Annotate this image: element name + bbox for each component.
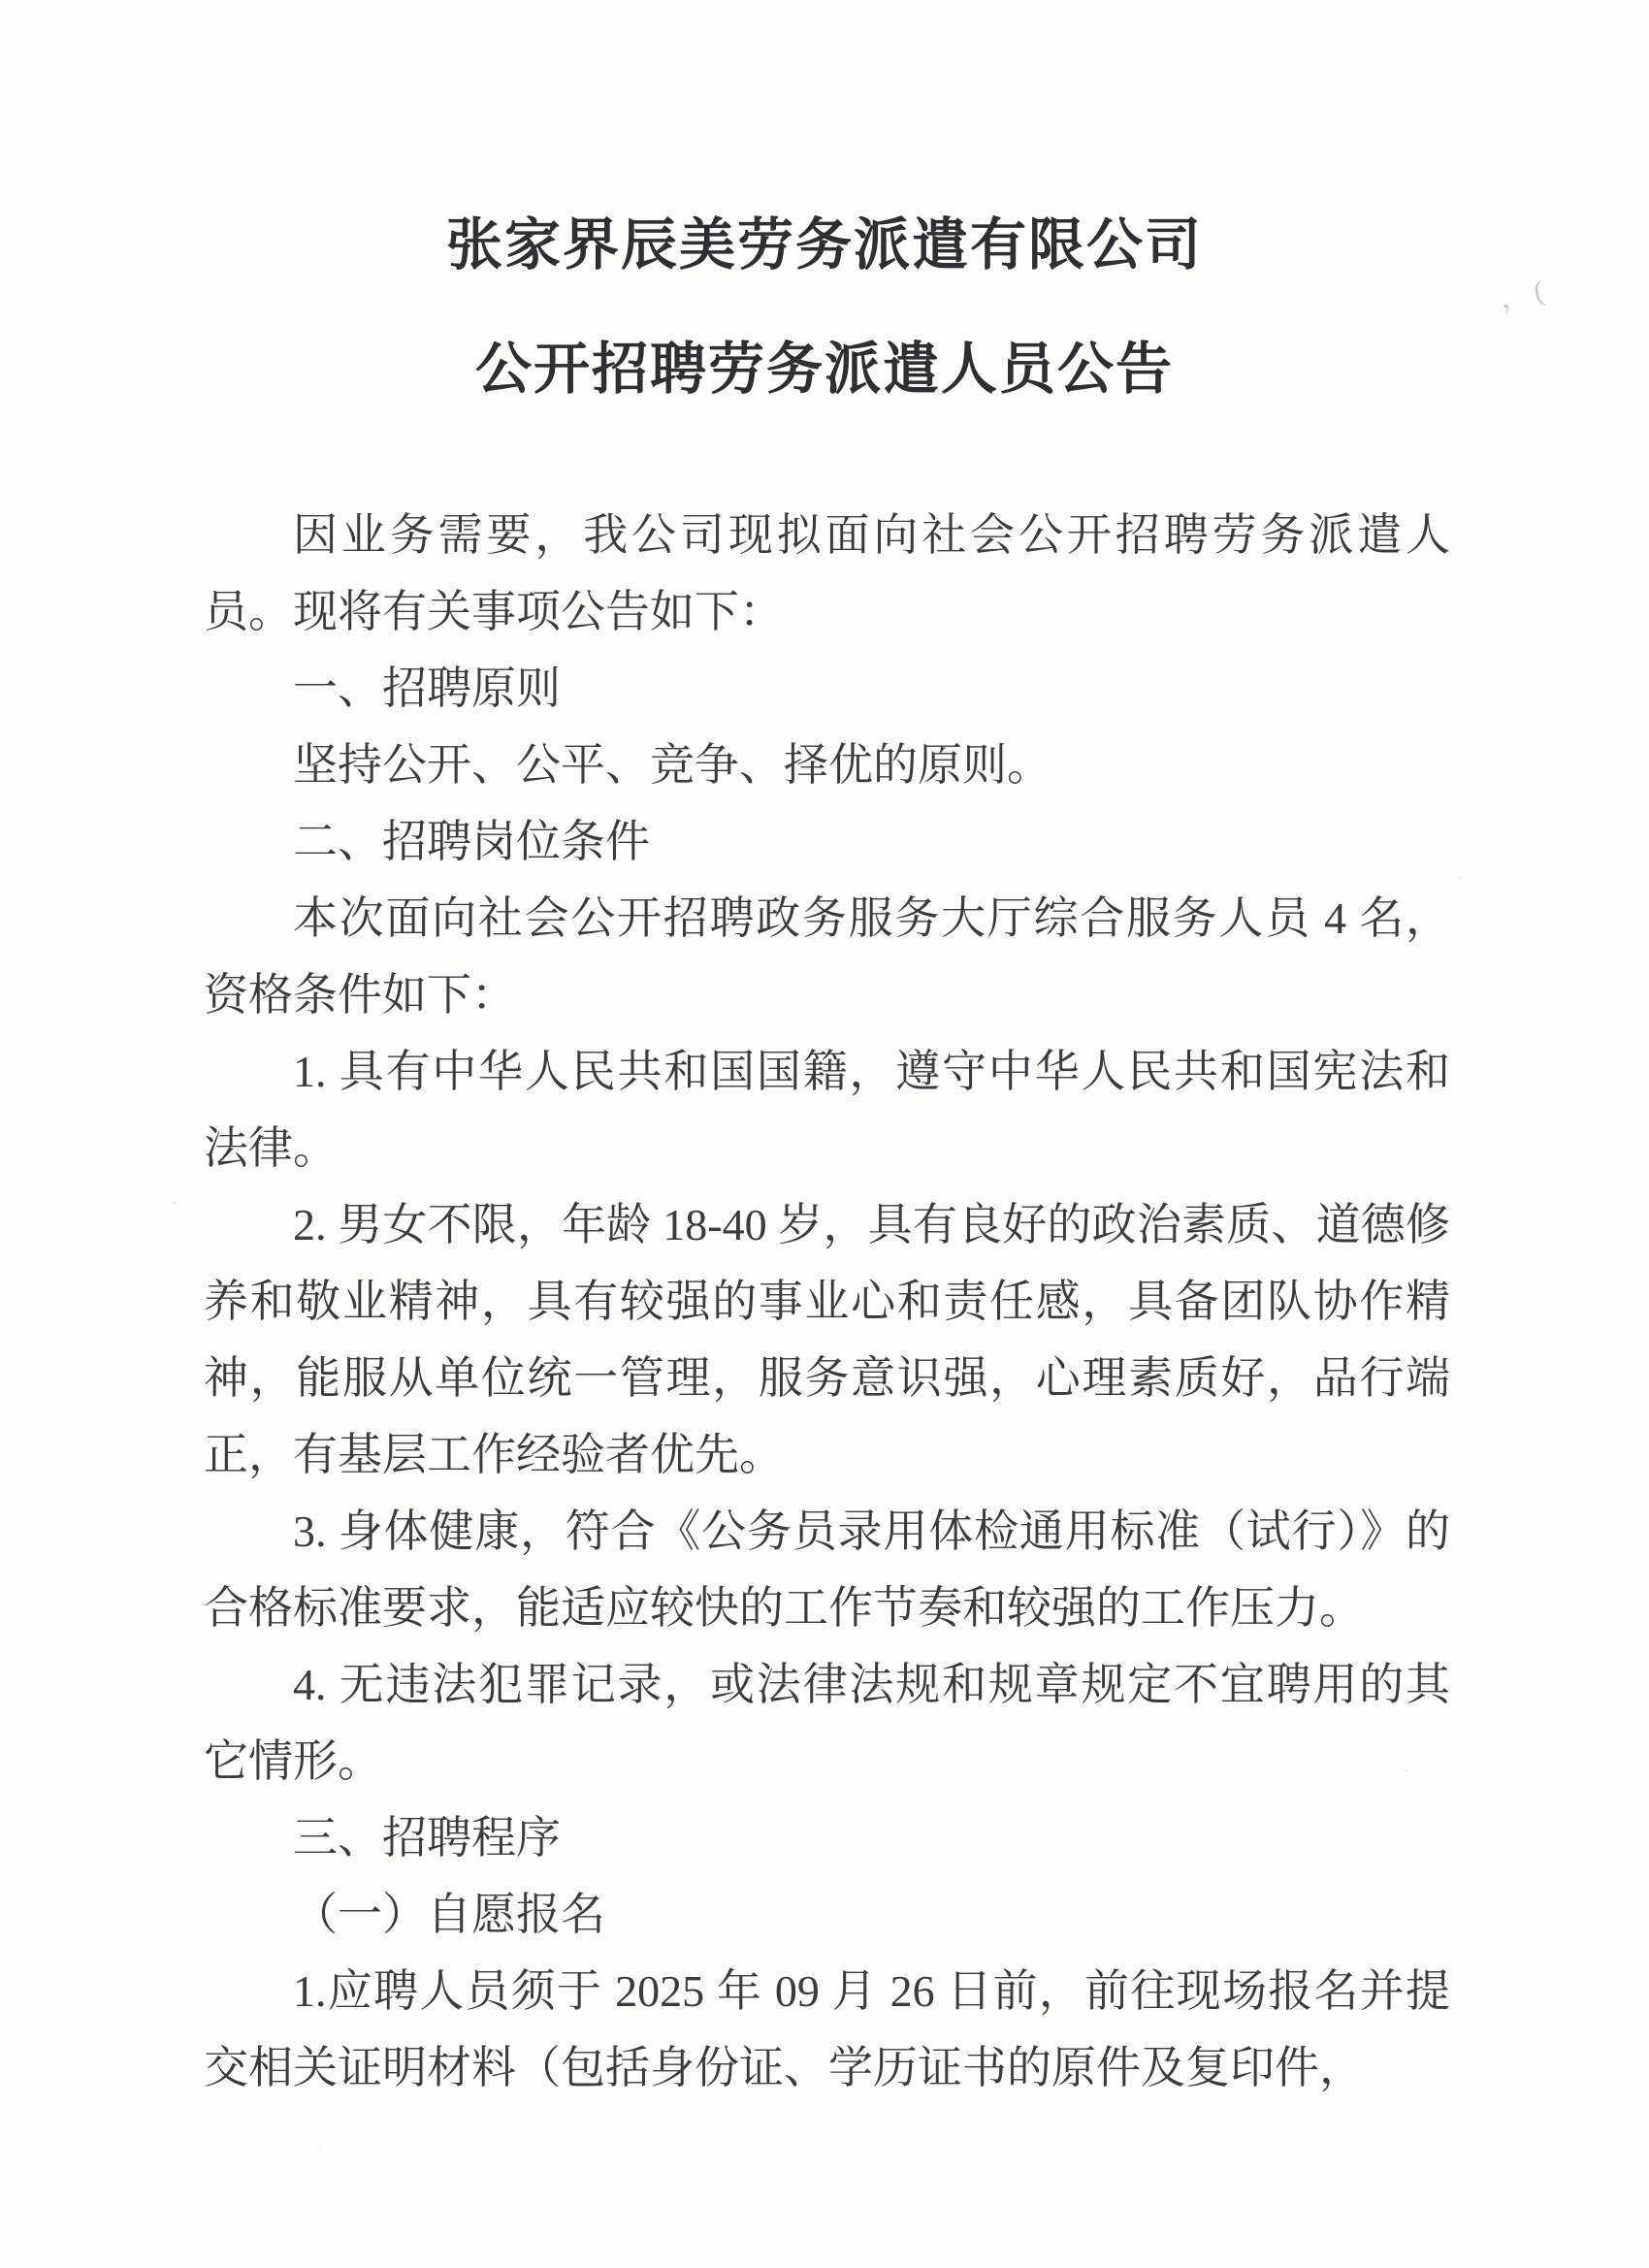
document-title-line2: 公开招聘劳务派遣人员公告: [0, 338, 1649, 402]
paragraph-11: （一）自愿报名: [204, 1876, 1450, 1953]
paragraph-12: 1.应聘人员须于 2025 年 09 月 26 日前，前往现场报名并提交相关证明…: [204, 1953, 1450, 2106]
paragraph-7: 2. 男女不限，年龄 18-40 岁，具有良好的政治素质、道德修养和敬业精神，具…: [204, 1186, 1450, 1493]
paragraph-6: 1. 具有中华人民共和国国籍，遵守中华人民共和国宪法和法律。: [204, 1033, 1450, 1186]
paragraph-8: 3. 身体健康，符合《公务员录用体检通用标准（试行）》的合格标准要求，能适应较快…: [204, 1493, 1450, 1646]
document-title-line1: 张家界辰美劳务派遣有限公司: [0, 213, 1649, 277]
paragraph-2: 一、招聘原则: [204, 650, 1450, 727]
paragraph-9: 4. 无违法犯罪记录，或法律法规和规章规定不宜聘用的其它情形。: [204, 1646, 1450, 1799]
paragraph-5: 本次面向社会公开招聘政务服务大厅综合服务人员 4 名，资格条件如下：: [204, 880, 1450, 1033]
document-page: 张家界辰美劳务派遣有限公司 公开招聘劳务派遣人员公告 因业务需要，我公司现拟面向…: [0, 0, 1649, 2268]
document-body: 因业务需要，我公司现拟面向社会公开招聘劳务派遣人员。现将有关事项公告如下：一、招…: [204, 497, 1450, 2106]
paragraph-4: 二、招聘岗位条件: [204, 803, 1450, 880]
paragraph-10: 三、招聘程序: [204, 1799, 1450, 1876]
pencil-artifact-mark: ，(: [1495, 265, 1553, 317]
paragraph-1: 因业务需要，我公司现拟面向社会公开招聘劳务派遣人员。现将有关事项公告如下：: [204, 497, 1450, 650]
paragraph-3: 坚持公开、公平、竞争、择优的原则。: [204, 727, 1450, 803]
